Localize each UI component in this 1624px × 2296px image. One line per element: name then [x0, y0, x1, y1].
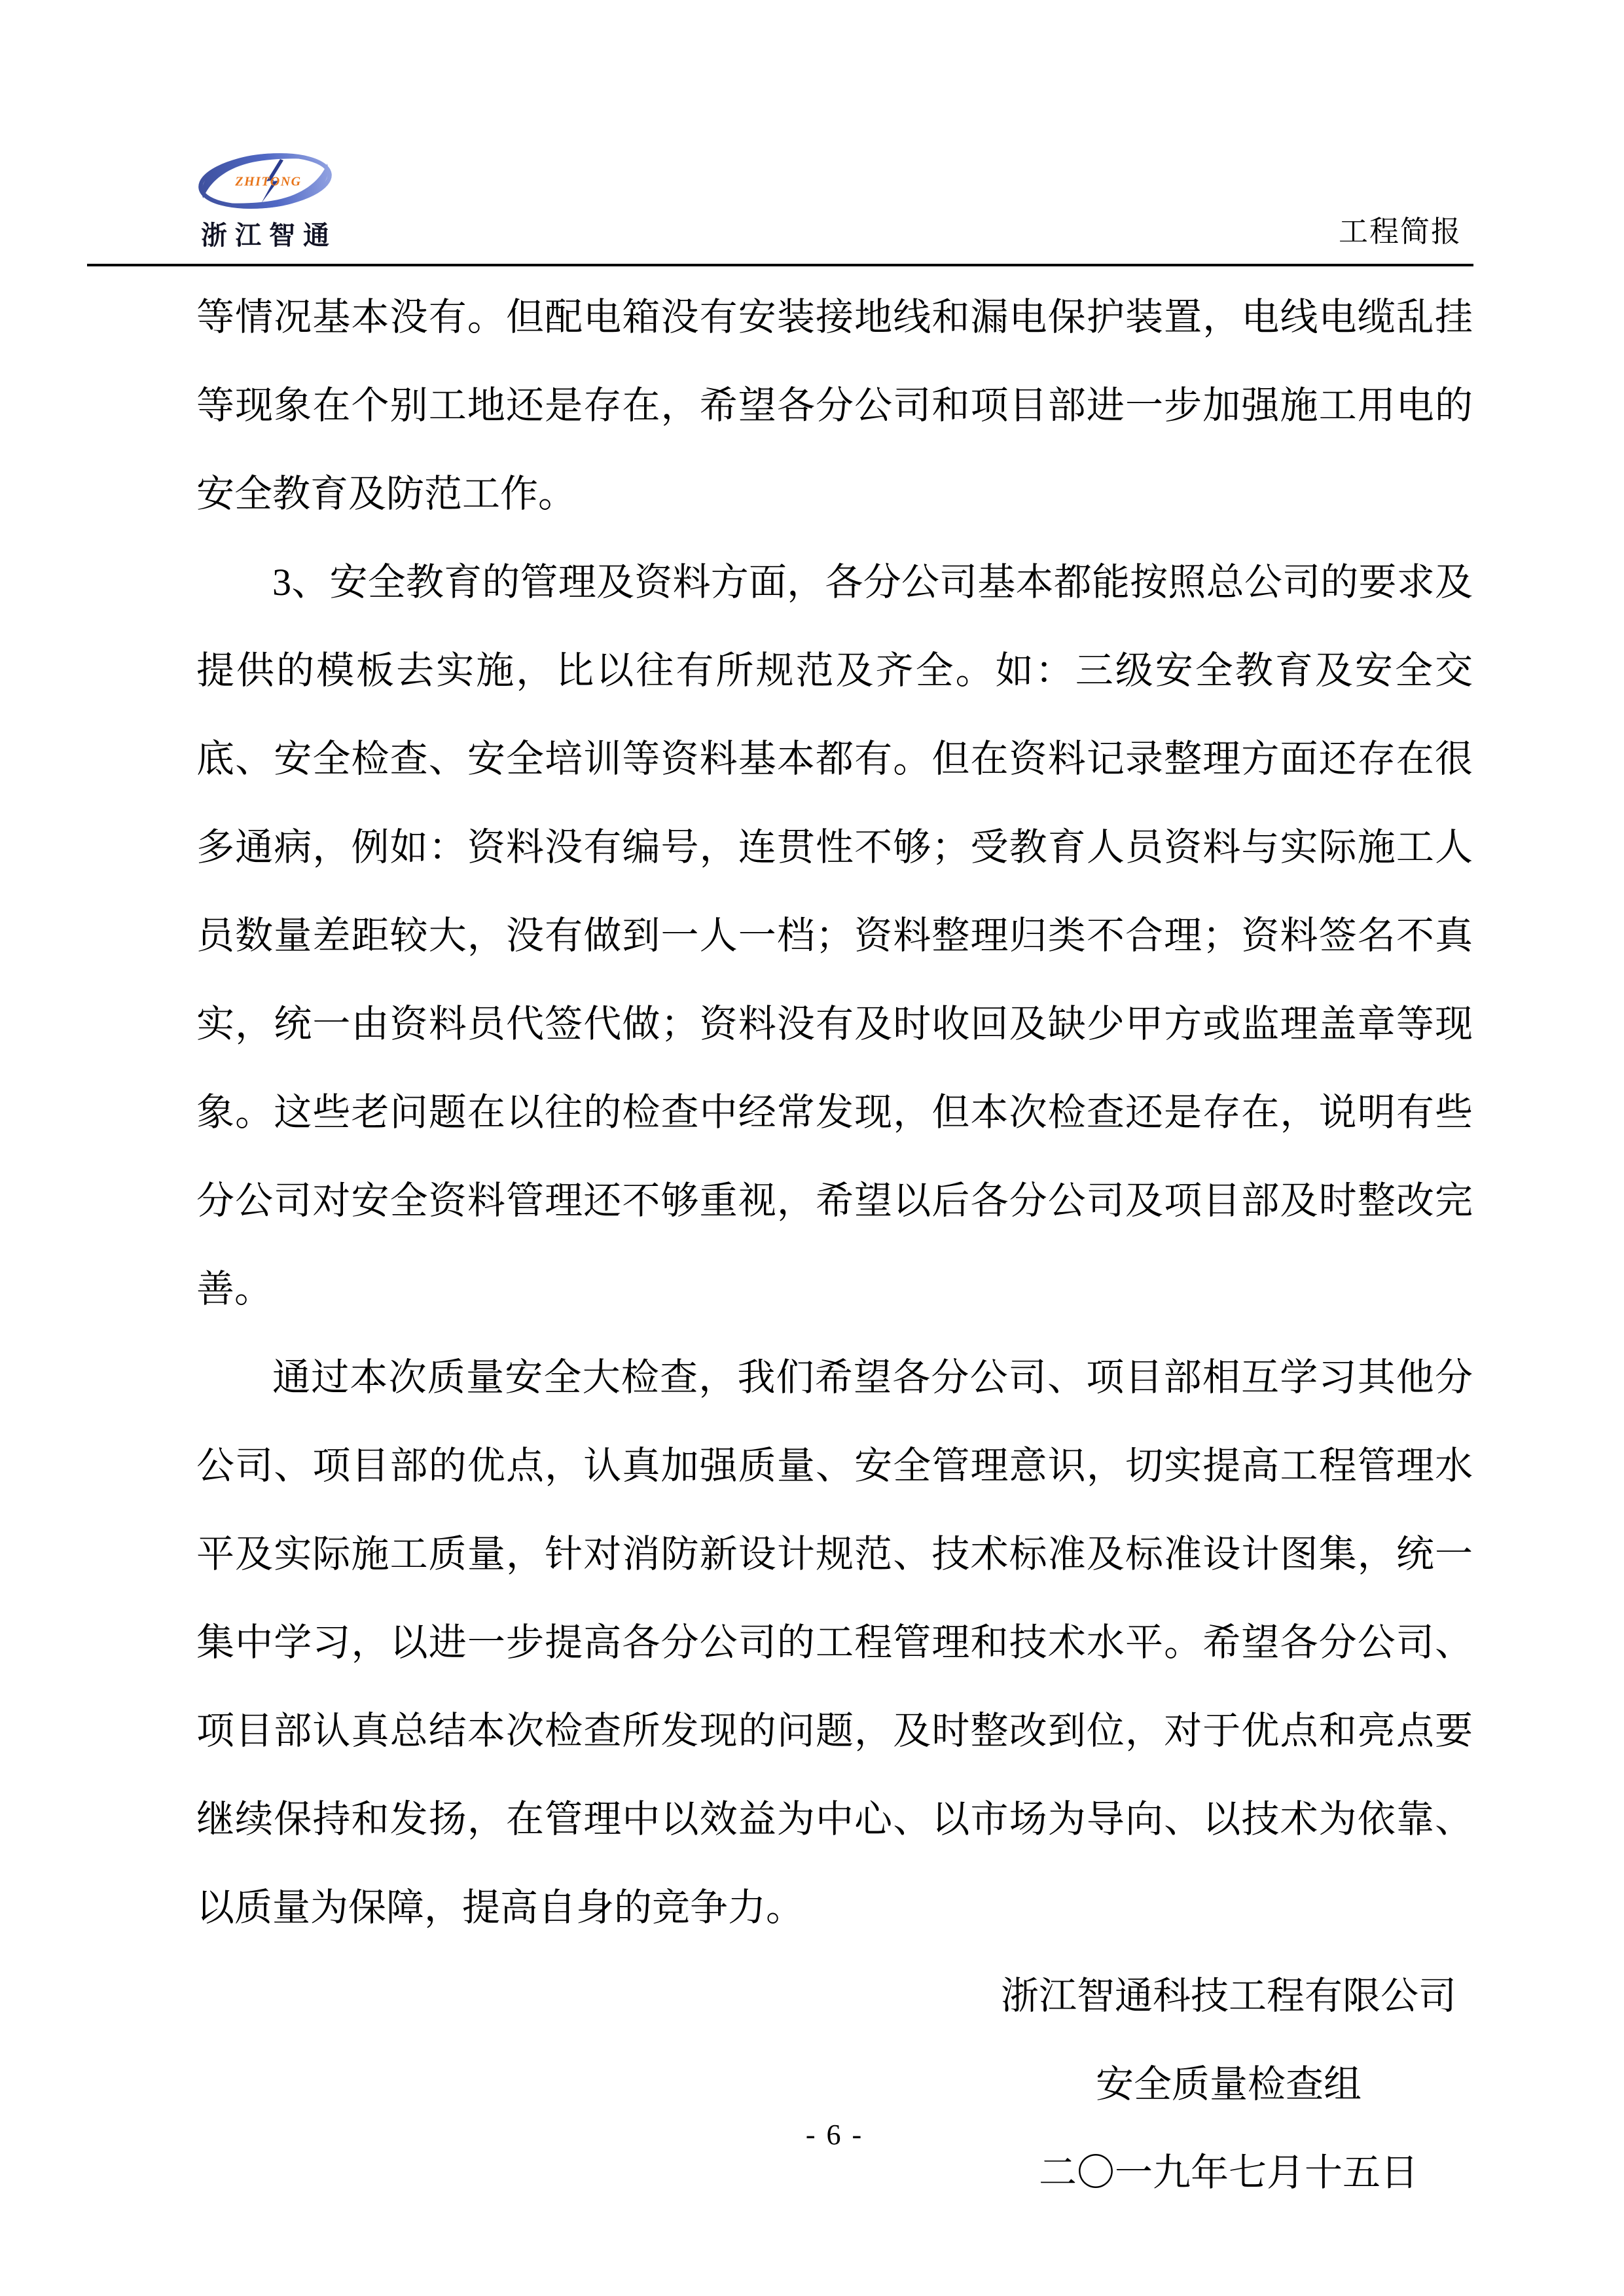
logo-swirl-icon: ZHITONG: [194, 149, 336, 213]
signature-company: 浙江智通科技工程有限公司: [1001, 1952, 1456, 2040]
document-title: 工程简报: [1339, 207, 1462, 250]
document-page: { "header": { "logo_brand_en": "ZHITONG"…: [0, 0, 1624, 2296]
page-number: - 6 -: [806, 2119, 863, 2151]
logo-brand-text: ZHITONG: [234, 175, 301, 189]
body-paragraph: 3、安全教育的管理及资料方面，各分公司基本都能按照总公司的要求及提供的模板去实施…: [196, 538, 1473, 1333]
company-logo: ZHITONG 浙江智通: [194, 149, 336, 252]
signature-block: 浙江智通科技工程有限公司 安全质量检查组 二〇一九年七月十五日: [1001, 1952, 1456, 2217]
signature-team: 安全质量检查组: [1001, 2040, 1456, 2128]
header-divider: [87, 264, 1473, 266]
body-paragraph: 等情况基本没有。但配电箱没有安装接地线和漏电保护装置，电线电缆乱挂等现象在个别工…: [196, 273, 1473, 538]
page-footer: - 6 -: [196, 2121, 1473, 2149]
document-body: 等情况基本没有。但配电箱没有安装接地线和漏电保护装置，电线电缆乱挂等现象在个别工…: [196, 273, 1473, 2217]
body-paragraph: 通过本次质量安全大检查，我们希望各分公司、项目部相互学习其他分公司、项目部的优点…: [196, 1333, 1473, 1952]
logo-company-name: 浙江智通: [194, 215, 336, 252]
